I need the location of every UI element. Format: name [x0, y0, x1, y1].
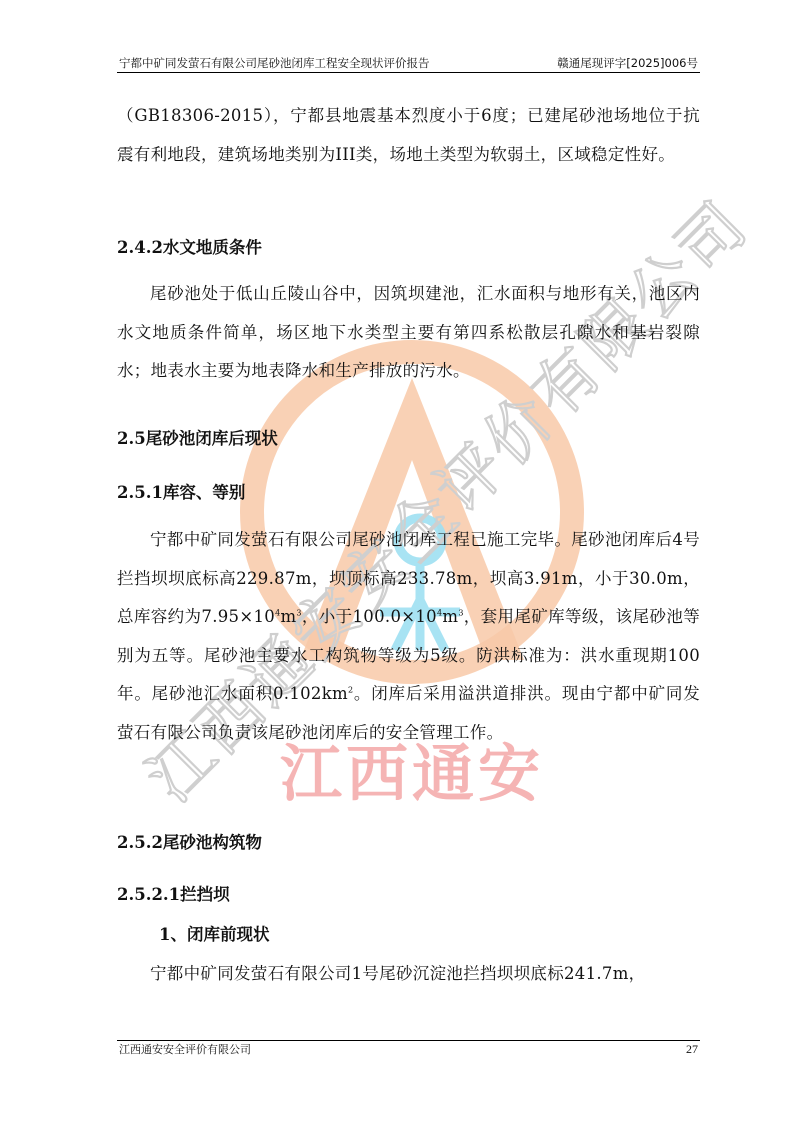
heading-2-5: 2.5尾砂池闭库后现状	[117, 427, 278, 451]
heading-2-5-1: 2.5.1库容、等别	[117, 481, 245, 505]
page-header: 宁都中矿同发萤石有限公司尾砂池闭库工程安全现状评价报告 赣通尾现评字[2025]…	[117, 54, 700, 73]
report-title: 宁都中矿同发萤石有限公司尾砂池闭库工程安全现状评价报告	[119, 54, 430, 72]
page-footer: 江西通安安全评价有限公司 27	[117, 1040, 700, 1041]
heading-item-1: 1、闭库前现状	[159, 923, 269, 947]
document-number: 赣通尾现评字[2025]006号	[557, 54, 698, 72]
heading-2-4-2: 2.4.2水文地质条件	[117, 236, 262, 260]
paragraph-seismic: （GB18306-2015），宁都县地震基本烈度小于6度；已建尾砂池场地位于抗震…	[117, 97, 700, 174]
heading-2-5-2-1: 2.5.2.1拦挡坝	[117, 883, 230, 907]
paragraph-dam-before-closure: 宁都中矿同发萤石有限公司1号尾砂沉淀池拦挡坝坝底标241.7m，	[117, 955, 645, 994]
heading-2-5-2: 2.5.2尾砂池构筑物	[117, 831, 262, 855]
paragraph-hydrogeology: 尾砂池处于低山丘陵山谷中，因筑坝建池，汇水面积与地形有关，池区内水文地质条件简单…	[117, 275, 700, 391]
footer-company: 江西通安安全评价有限公司	[119, 1042, 251, 1058]
paragraph-capacity-grade: 宁都中矿同发萤石有限公司尾砂池闭库工程已施工完毕。尾砂池闭库后4号拦挡坝坝底标高…	[117, 521, 700, 752]
page-number: 27	[686, 1041, 698, 1057]
